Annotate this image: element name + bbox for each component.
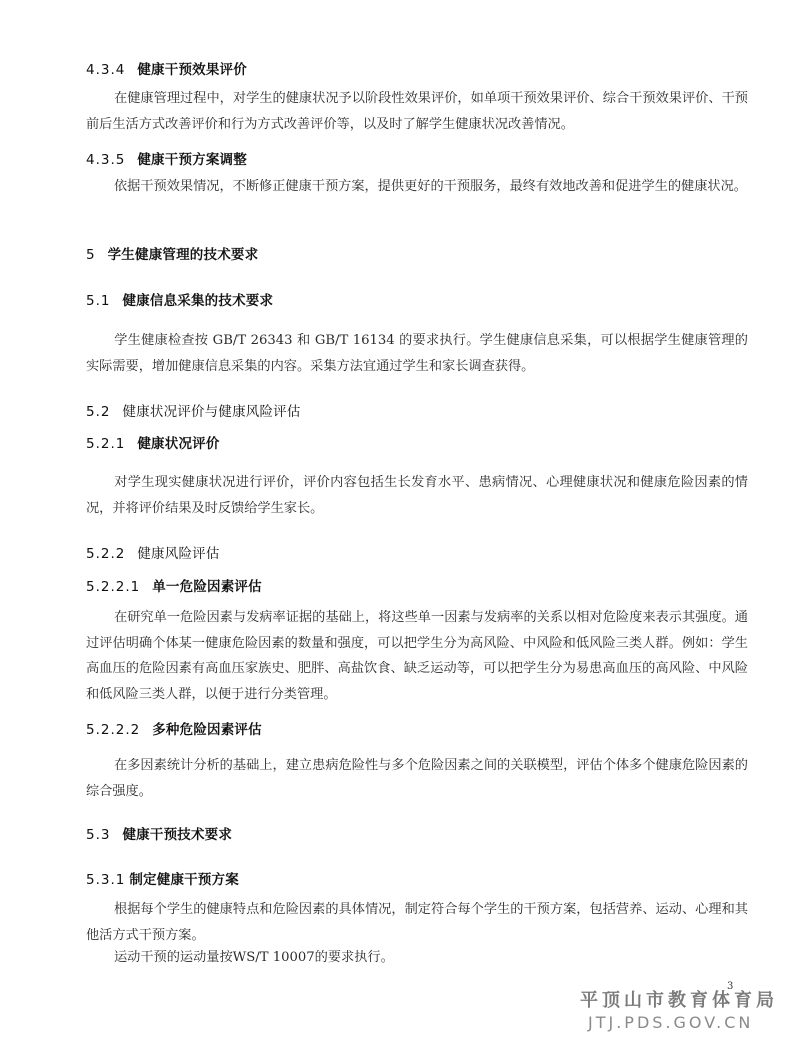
- document-page: 4.3.4健康干预效果评价 在健康管理过程中，对学生的健康状况予以阶段性效果评价…: [0, 0, 799, 1043]
- section-title: 健康风险评估: [137, 546, 219, 562]
- section-number: 5.3.1: [86, 872, 125, 888]
- section-title: 健康信息采集的技术要求: [122, 293, 273, 309]
- heading-5-3: 5.3健康干预技术要求: [86, 823, 232, 843]
- paragraph-5-3-1-exercise: 运动干预的运动量按WS/T 10007的要求执行。: [114, 946, 394, 965]
- section-title: 健康干预效果评价: [137, 62, 247, 78]
- section-title: 单一危险因素评估: [152, 579, 262, 595]
- paragraph-5-2-1: 对学生现实健康状况进行评价，评价内容包括生长发育水平、患病情况、心理健康状况和健…: [86, 470, 748, 521]
- heading-5: 5学生健康管理的技术要求: [86, 243, 258, 263]
- heading-5-2-1: 5.2.1健康状况评价: [86, 432, 220, 452]
- section-title: 多种危险因素评估: [152, 722, 262, 738]
- heading-5-1: 5.1健康信息采集的技术要求: [86, 289, 273, 309]
- section-number: 5.1: [86, 293, 110, 309]
- section-title: 健康状况评价: [137, 436, 219, 452]
- heading-5-2: 5.2健康状况评价与健康风险评估: [86, 400, 301, 420]
- heading-5-2-2-2: 5.2.2.2多种危险因素评估: [86, 718, 262, 738]
- section-number: 5.2: [86, 404, 110, 420]
- paragraph-4-3-4: 在健康管理过程中，对学生的健康状况予以阶段性效果评价，如单项干预效果评价、综合干…: [86, 86, 748, 137]
- heading-5-3-1: 5.3.1制定健康干预方案: [86, 868, 239, 888]
- paragraph-5-1: 学生健康检查按 GB/T 26343 和 GB/T 16134 的要求执行。学生…: [86, 328, 748, 379]
- section-title: 健康状况评价与健康风险评估: [122, 404, 300, 420]
- heading-5-2-2-1: 5.2.2.1单一危险因素评估: [86, 575, 262, 595]
- paragraph-5-2-2-1: 在研究单一危险因素与发病率证据的基础上，将这些单一因素与发病率的关系以相对危险度…: [86, 605, 748, 707]
- section-number: 5: [86, 247, 96, 263]
- section-number: 5.2.2.1: [86, 579, 140, 595]
- section-number: 5.2.2.2: [86, 722, 140, 738]
- section-number: 5.2.2: [86, 546, 125, 562]
- section-title: 学生健康管理的技术要求: [108, 247, 259, 263]
- heading-4-3-4: 4.3.4健康干预效果评价: [86, 58, 247, 78]
- paragraph-5-2-2-2: 在多因素统计分析的基础上，建立患病危险性与多个危险因素之间的关联模型，评估个体多…: [86, 753, 748, 804]
- section-title: 制定健康干预方案: [129, 872, 239, 888]
- paragraph-4-3-5: 依据干预效果情况，不断修正健康干预方案，提供更好的干预服务，最终有效地改善和促进…: [86, 174, 748, 200]
- heading-5-2-2: 5.2.2健康风险评估: [86, 542, 220, 562]
- section-number: 5.2.1: [86, 436, 125, 452]
- watermark-title: 平顶山市教育体育局: [580, 986, 778, 1012]
- section-number: 4.3.5: [86, 152, 125, 168]
- section-number: 4.3.4: [86, 62, 125, 78]
- section-title: 健康干预方案调整: [137, 152, 247, 168]
- watermark-url: JTJ.PDS.GOV.CN: [588, 1013, 753, 1032]
- paragraph-5-3-1: 根据每个学生的健康特点和危险因素的具体情况，制定符合每个学生的干预方案，包括营养…: [86, 897, 748, 948]
- section-title: 健康干预技术要求: [122, 827, 232, 843]
- heading-4-3-5: 4.3.5健康干预方案调整: [86, 148, 247, 168]
- section-number: 5.3: [86, 827, 110, 843]
